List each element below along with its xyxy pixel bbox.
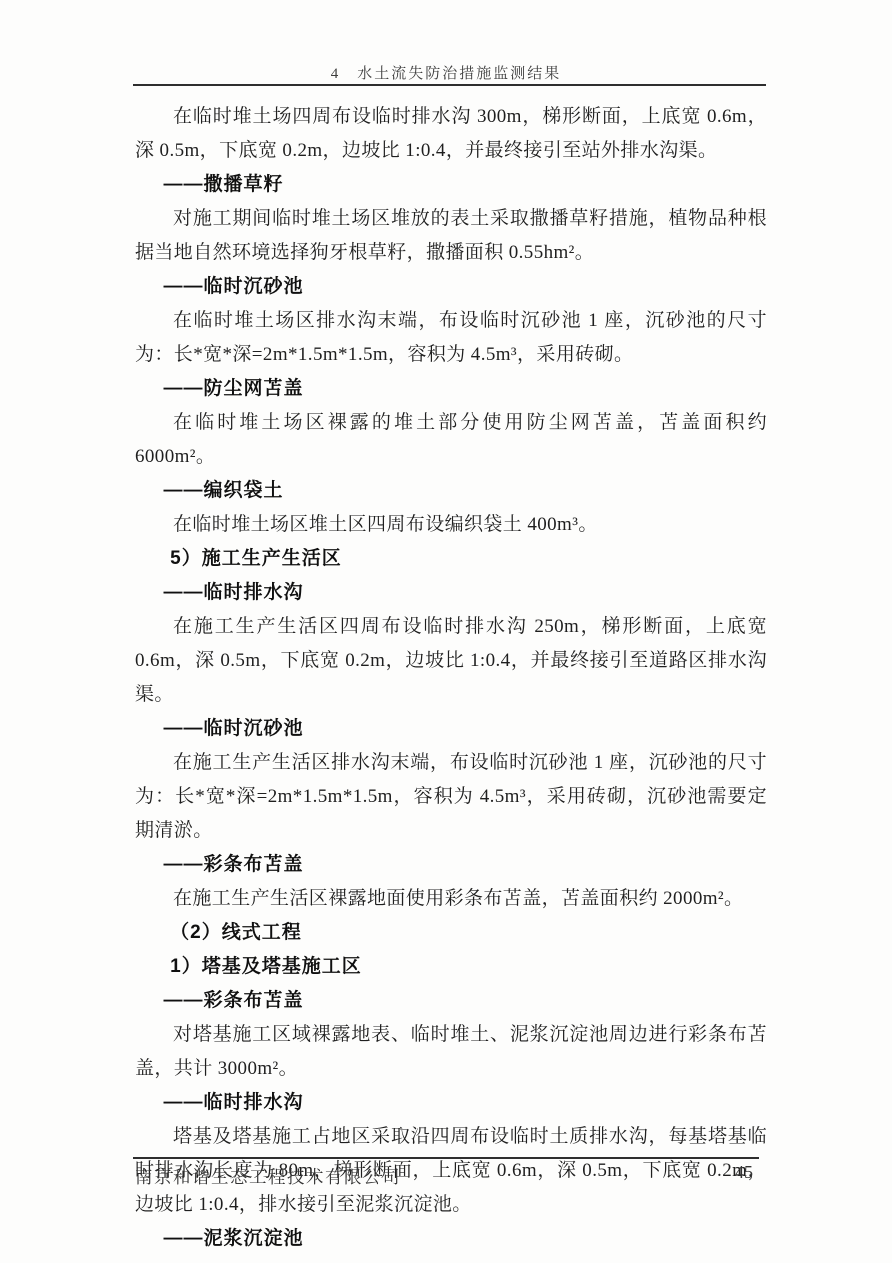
dash-heading: ——临时沉砂池 xyxy=(135,712,767,746)
document-page: 4 水土流失防治措施监测结果 在临时堆土场四周布设临时排水沟 300m，梯形断面… xyxy=(0,0,892,1263)
dash-heading: ——泥浆沉淀池 xyxy=(135,1222,767,1256)
paragraph: 在临时堆土场区堆土区四周布设编织袋土 400m³。 xyxy=(135,508,767,542)
paragraph: 在临时堆土场区排水沟末端，布设临时沉砂池 1 座，沉砂池的尺寸为：长*宽*深=2… xyxy=(135,304,767,372)
numbered-heading: 5）施工生产生活区 xyxy=(135,542,767,576)
paragraph: 在临时堆土场区裸露的堆土部分使用防尘网苫盖，苫盖面积约 6000m²。 xyxy=(135,406,767,474)
dash-heading: ——彩条布苫盖 xyxy=(135,984,767,1018)
dash-heading: ——临时排水沟 xyxy=(135,1086,767,1120)
paragraph: 在施工生产生活区排水沟末端，布设临时沉砂池 1 座，沉砂池的尺寸为：长*宽*深=… xyxy=(135,746,767,848)
dash-heading: ——临时沉砂池 xyxy=(135,270,767,304)
footer-rule xyxy=(133,1157,759,1159)
document-body: 在临时堆土场四周布设临时排水沟 300m，梯形断面，上底宽 0.6m，深 0.5… xyxy=(135,100,767,1256)
dash-heading: ——编织袋土 xyxy=(135,474,767,508)
numbered-heading: 1）塔基及塔基施工区 xyxy=(135,950,767,984)
footer-company: 南京和谐生态工程技术有限公司 xyxy=(135,1164,401,1189)
header-section-title: 4 水土流失防治措施监测结果 xyxy=(0,62,892,83)
footer-page-number: 45 xyxy=(735,1162,753,1183)
paragraph: 对塔基施工区域裸露地表、临时堆土、泥浆沉淀池周边进行彩条布苫盖，共计 3000m… xyxy=(135,1018,767,1086)
paragraph: 对施工期间临时堆土场区堆放的表土采取撒播草籽措施，植物品种根据当地自然环境选择狗… xyxy=(135,202,767,270)
numbered-heading: （2）线式工程 xyxy=(135,916,767,950)
header-rule xyxy=(133,84,766,86)
dash-heading: ——撒播草籽 xyxy=(135,168,767,202)
paragraph: 在施工生产生活区四周布设临时排水沟 250m，梯形断面，上底宽 0.6m，深 0… xyxy=(135,610,767,712)
dash-heading: ——彩条布苫盖 xyxy=(135,848,767,882)
paragraph: 在临时堆土场四周布设临时排水沟 300m，梯形断面，上底宽 0.6m，深 0.5… xyxy=(135,100,767,168)
dash-heading: ——临时排水沟 xyxy=(135,576,767,610)
paragraph: 在施工生产生活区裸露地面使用彩条布苫盖，苫盖面积约 2000m²。 xyxy=(135,882,767,916)
dash-heading: ——防尘网苫盖 xyxy=(135,372,767,406)
